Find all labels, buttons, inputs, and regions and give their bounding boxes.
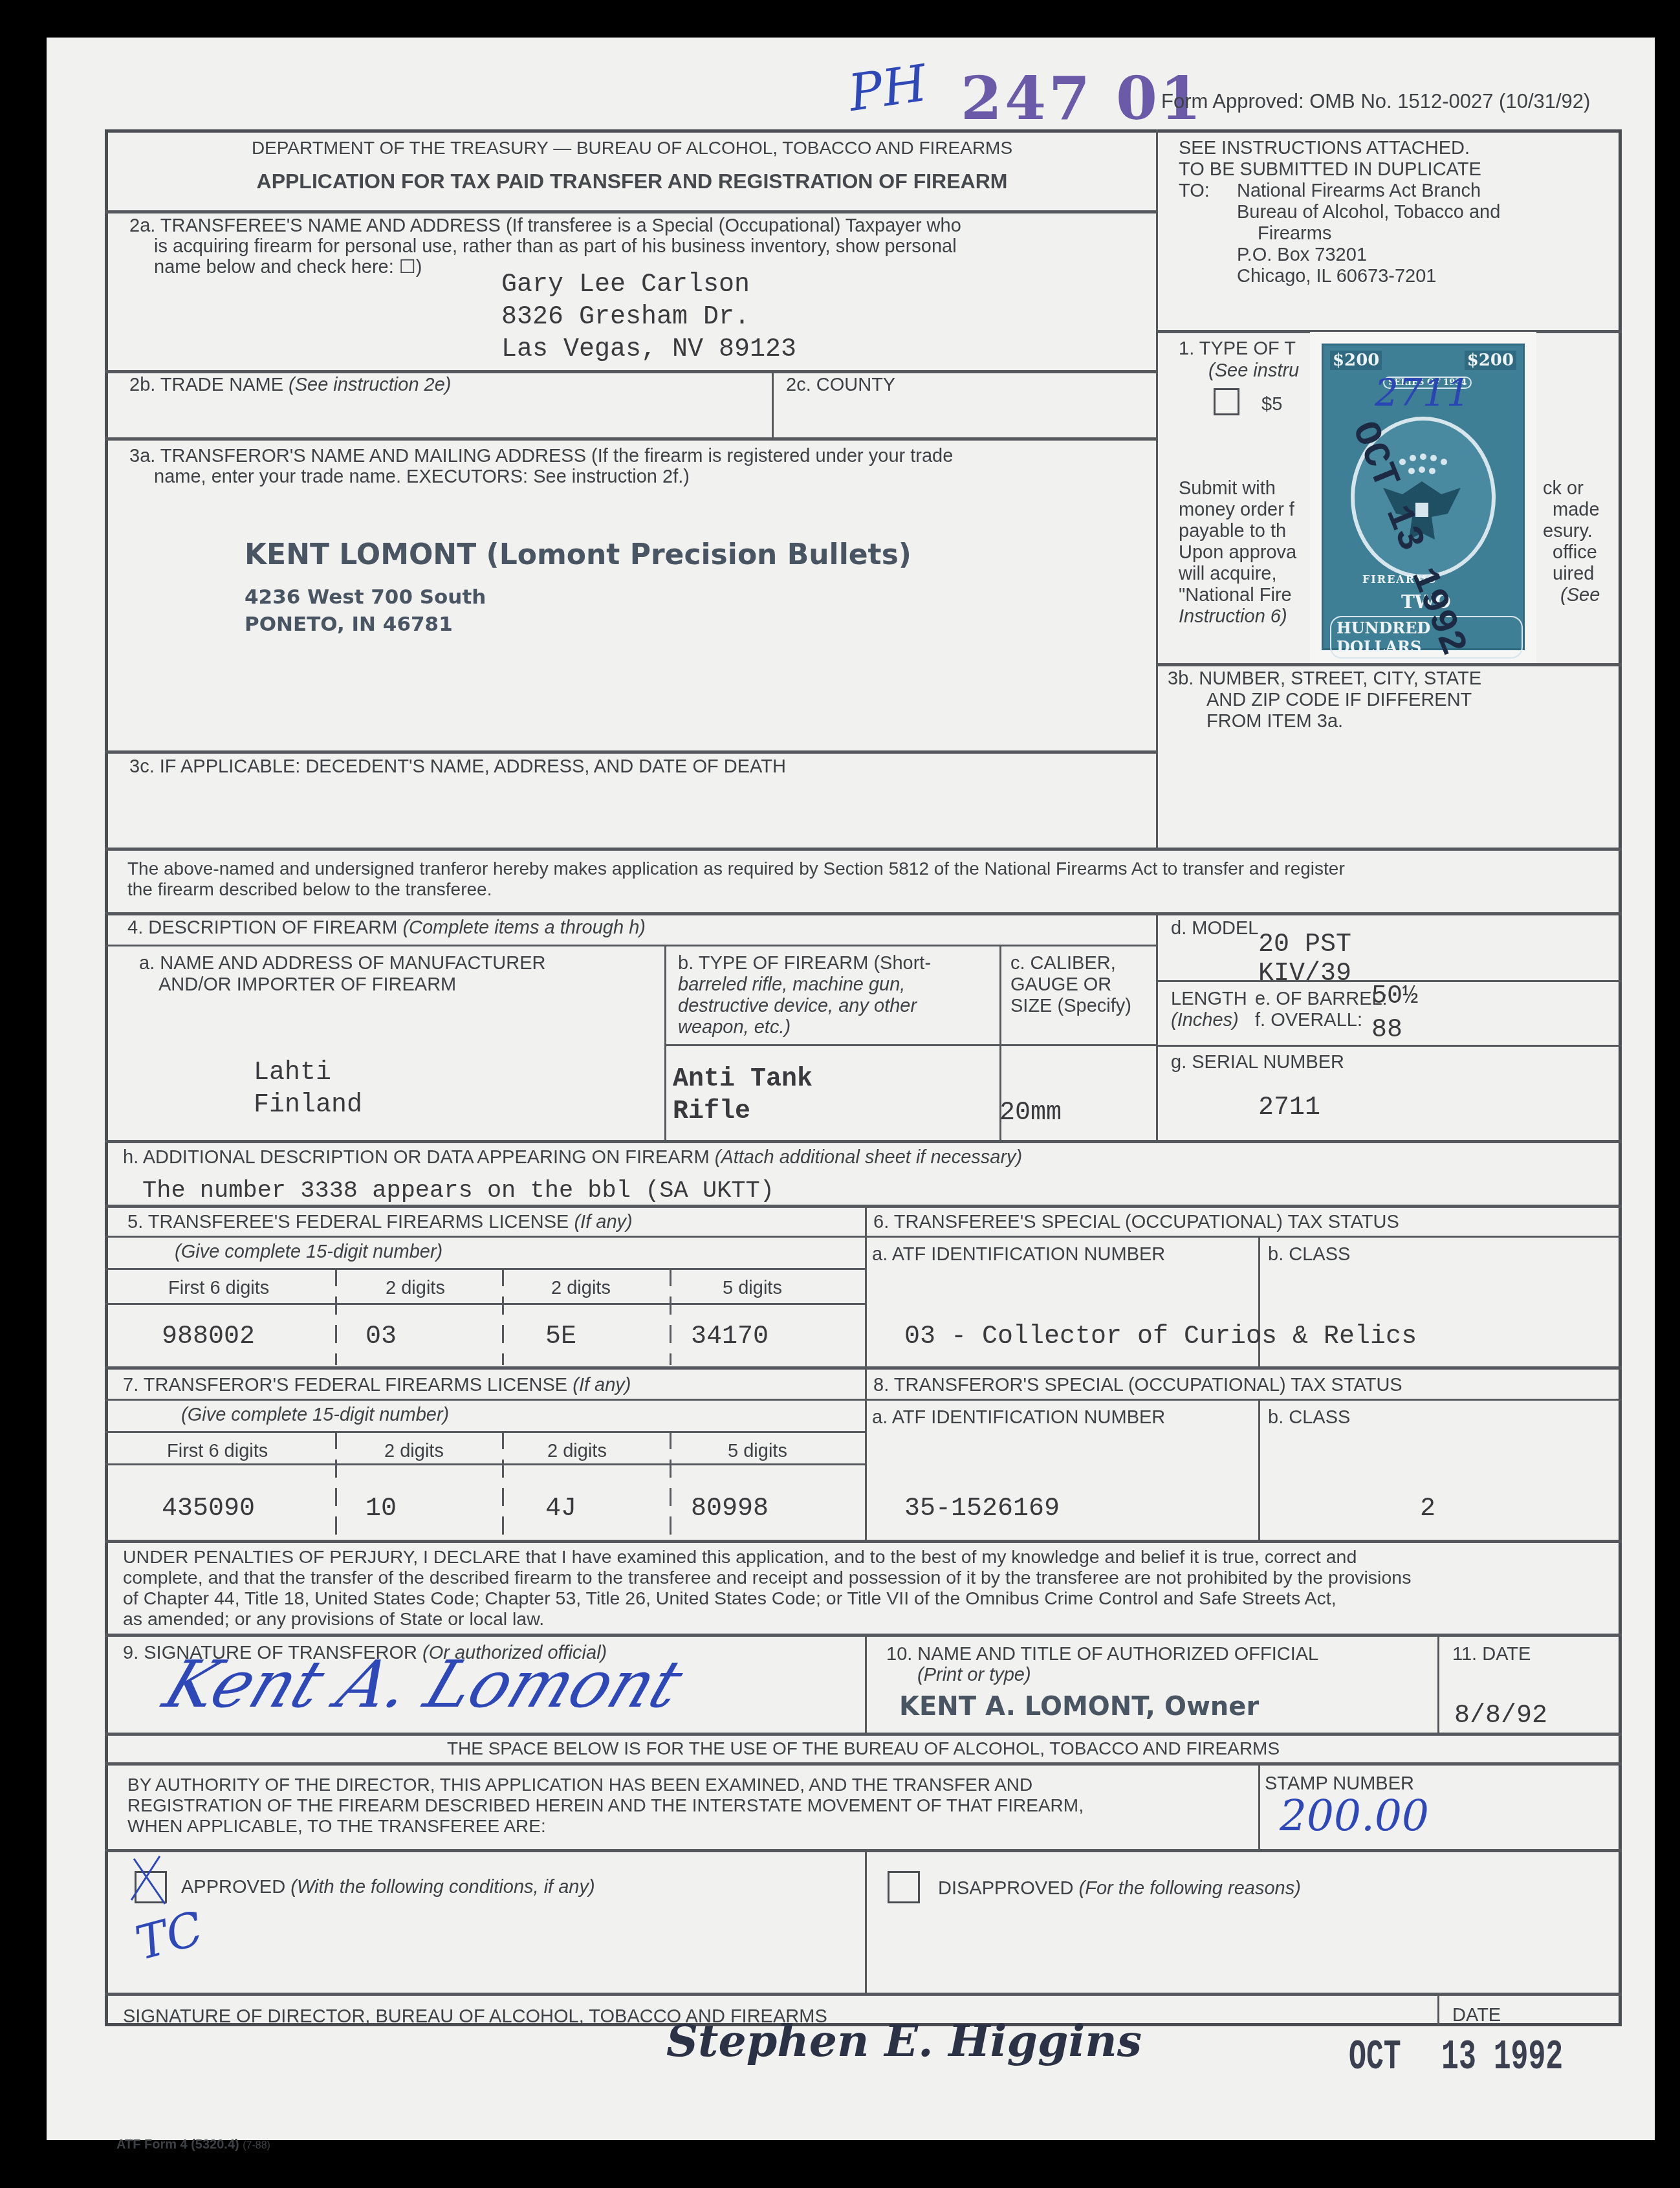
approved-checkbox[interactable] xyxy=(135,1871,167,1903)
divider xyxy=(1258,1764,1260,1850)
item3a-label: 3a. TRANSFEROR'S NAME AND MAILING ADDRES… xyxy=(129,445,953,467)
transferee-ffl-part[interactable]: 34170 xyxy=(691,1322,769,1351)
divider xyxy=(105,1762,1622,1766)
application-statement: the firearm described below to the trans… xyxy=(127,879,492,901)
divider xyxy=(105,1140,1622,1143)
item4c-label: GAUGE OR xyxy=(1010,974,1111,996)
serial-number[interactable]: 2711 xyxy=(1258,1093,1320,1122)
overall-length[interactable]: 88 xyxy=(1371,1016,1402,1045)
divider xyxy=(1156,663,1622,666)
submit-text: "National Fire xyxy=(1179,584,1292,606)
divider xyxy=(1156,1045,1622,1047)
perjury-declaration: as amended; or any provisions of State o… xyxy=(123,1608,544,1630)
item2a-label: name below and check here: ☐) xyxy=(154,256,422,278)
divider xyxy=(105,437,1157,441)
check-x-icon xyxy=(131,1859,164,1904)
approval-date-value: 13 1992 xyxy=(1441,2035,1563,2081)
transferor-name[interactable]: KENT LOMONT (Lomont Precision Bullets) xyxy=(245,538,911,571)
submit-text: Submit with xyxy=(1179,477,1276,499)
divider xyxy=(502,1431,504,1540)
divider xyxy=(105,1540,1622,1543)
item4-label: 4. DESCRIPTION OF FIREARM (Complete item… xyxy=(127,917,646,939)
overall-length-label: f. OVERALL: xyxy=(1255,1009,1362,1031)
authority-text: REGISTRATION OF THE FIREARM DESCRIBED HE… xyxy=(127,1795,1084,1817)
transferee-ffl-part[interactable]: 988002 xyxy=(162,1322,255,1351)
serial-number-label: g. SERIAL NUMBER xyxy=(1171,1051,1344,1073)
item3b-label: 3b. NUMBER, STREET, CITY, STATE xyxy=(1168,668,1481,690)
item6b-label: b. CLASS xyxy=(1268,1243,1350,1265)
nfa-branch-address: National Firearms Act Branch xyxy=(1237,180,1481,202)
item5-label: 5. TRANSFEREE'S FEDERAL FIREARMS LICENSE… xyxy=(127,1211,633,1233)
item6-label: 6. TRANSFEREE'S SPECIAL (OCCUPATIONAL) T… xyxy=(873,1211,1399,1233)
approved-label: APPROVED (With the following conditions,… xyxy=(181,1876,595,1898)
submit-text: Instruction 6) xyxy=(1179,606,1287,628)
divider xyxy=(865,1850,867,1993)
perjury-declaration: of Chapter 44, Title 18, United States C… xyxy=(123,1588,1336,1610)
submit-text: ck or xyxy=(1543,477,1584,499)
caliber[interactable]: 20mm xyxy=(999,1099,1062,1128)
omb-approval: Form Approved: OMB No. 1512-0027 (10/31/… xyxy=(1161,91,1590,113)
nfa-branch-address: Bureau of Alcohol, Tobacco and xyxy=(1237,201,1500,223)
transferee-street[interactable]: 8326 Gresham Dr. xyxy=(501,303,750,332)
divider xyxy=(105,1463,865,1465)
stamp-handwritten-serial: 2711 xyxy=(1375,371,1470,415)
nfa-branch-address: Chicago, IL 60673-7201 xyxy=(1237,265,1437,287)
disapproved-checkbox[interactable] xyxy=(888,1871,920,1903)
director-signature: Stephen E. Higgins xyxy=(666,2015,1142,2067)
divider xyxy=(664,1044,1156,1046)
transferee-tax-class[interactable]: 03 - Collector of Curios & Relics xyxy=(904,1322,1417,1351)
transferor-street[interactable]: 4236 West 700 South xyxy=(245,585,486,609)
divider xyxy=(105,1205,1622,1208)
item7-label: 7. TRANSFEROR'S FEDERAL FIREARMS LICENSE… xyxy=(123,1374,631,1396)
transferor-atf-id[interactable]: 35-1526169 xyxy=(904,1494,1060,1524)
perjury-declaration: complete, and that the transfer of the d… xyxy=(123,1567,1411,1589)
divider xyxy=(865,1635,867,1734)
divider xyxy=(105,1849,1622,1852)
divider xyxy=(664,945,666,1140)
item3c-label: 3c. IF APPLICABLE: DECEDENT'S NAME, ADDR… xyxy=(129,756,786,778)
model[interactable]: 20 PST xyxy=(1258,930,1351,959)
ffl-column-header: 5 digits xyxy=(728,1440,787,1462)
form-title: APPLICATION FOR TAX PAID TRANSFER AND RE… xyxy=(108,170,1156,192)
item3b-label: FROM ITEM 3a. xyxy=(1206,710,1343,732)
divider xyxy=(865,1205,867,1541)
submit-text: (See xyxy=(1560,584,1600,606)
transfer-date[interactable]: 8/8/92 xyxy=(1454,1701,1547,1731)
item8b-label: b. CLASS xyxy=(1268,1406,1350,1428)
divider xyxy=(1258,1400,1260,1540)
divider xyxy=(670,1268,671,1365)
nfa-branch-address: P.O. Box 73201 xyxy=(1237,244,1367,266)
nfa-tax-stamp: $200 $200 SERIES OF 1934 FIREARMS TWO HU… xyxy=(1310,332,1536,663)
submit-text: office xyxy=(1553,542,1597,563)
perjury-declaration: UNDER PENALTIES OF PERJURY, I DECLARE th… xyxy=(123,1546,1357,1568)
approval-date-month: OCT xyxy=(1349,2035,1401,2081)
item1-label: 1. TYPE OF T xyxy=(1179,338,1296,360)
item3a-label: name, enter your trade name. EXECUTORS: … xyxy=(154,466,690,488)
stamp-denomination: $200 xyxy=(1465,351,1516,370)
item3b-input[interactable] xyxy=(1164,734,1611,844)
submit-text: will acquire, xyxy=(1179,563,1277,585)
instructions-to: TO: xyxy=(1179,180,1210,202)
divider xyxy=(105,912,1622,915)
length-label: LENGTH xyxy=(1171,988,1247,1010)
item8a-label: a. ATF IDENTIFICATION NUMBER xyxy=(872,1406,1165,1428)
atf-use-banner: THE SPACE BELOW IS FOR THE USE OF THE BU… xyxy=(105,1738,1622,1760)
item2a-label: 2a. TRANSFEREE'S NAME AND ADDRESS (If tr… xyxy=(129,215,961,237)
submit-text: Upon approva xyxy=(1179,542,1296,563)
handwritten-initials: PH xyxy=(845,54,930,123)
ffl-column-header: 2 digits xyxy=(386,1277,445,1299)
item4c-label: SIZE (Specify) xyxy=(1010,995,1131,1017)
department-line: DEPARTMENT OF THE TREASURY — BUREAU OF A… xyxy=(108,137,1156,159)
ffl-column-header: 2 digits xyxy=(384,1440,444,1462)
divider xyxy=(335,1431,337,1540)
divider xyxy=(105,1236,1622,1238)
item10-hint: (Print or type) xyxy=(917,1664,1031,1686)
divider xyxy=(105,370,1157,373)
model[interactable]: KIV/39 xyxy=(1258,959,1351,989)
item11-label: 11. DATE xyxy=(1452,1643,1531,1665)
barrel-length[interactable]: 50½ xyxy=(1371,982,1418,1011)
item4a-label: a. NAME AND ADDRESS OF MANUFACTURER xyxy=(139,952,545,974)
item4a-label: AND/OR IMPORTER OF FIREARM xyxy=(158,974,456,996)
additional-description[interactable]: The number 3338 appears on the bbl (SA U… xyxy=(142,1177,774,1205)
nfa-branch-address: Firearms xyxy=(1258,223,1331,245)
divider xyxy=(105,1431,865,1433)
divider xyxy=(772,371,774,439)
instructions-line2: TO BE SUBMITTED IN DUPLICATE xyxy=(1179,159,1481,181)
item4h-label: h. ADDITIONAL DESCRIPTION OR DATA APPEAR… xyxy=(123,1146,1022,1168)
item2c-label: 2c. COUNTY xyxy=(786,374,895,396)
length-unit: (Inches) xyxy=(1171,1009,1239,1031)
divider xyxy=(670,1431,671,1540)
divider xyxy=(105,1366,1622,1370)
divider xyxy=(335,1268,337,1365)
transferee-city[interactable]: Las Vegas, NV 89123 xyxy=(501,335,796,364)
transferor-tax-class[interactable]: 2 xyxy=(1420,1494,1435,1524)
submit-text: esury. xyxy=(1543,520,1593,542)
stamp-number-value[interactable]: 200.00 xyxy=(1280,1791,1429,1841)
item4d-label: d. MODEL xyxy=(1171,917,1258,939)
firearm-type[interactable]: Rifle xyxy=(673,1097,750,1126)
item4c-label: c. CALIBER, xyxy=(1010,952,1116,974)
divider xyxy=(105,210,1157,213)
item6a-label: a. ATF IDENTIFICATION NUMBER xyxy=(872,1243,1165,1265)
item10-label: 10. NAME AND TITLE OF AUTHORIZED OFFICIA… xyxy=(886,1643,1318,1665)
ffl-column-header: 5 digits xyxy=(723,1277,782,1299)
ffl-column-header: 2 digits xyxy=(551,1277,611,1299)
divider xyxy=(105,1268,865,1270)
ffl-column-header: 2 digits xyxy=(547,1440,607,1462)
submit-text: payable to th xyxy=(1179,520,1286,542)
divider xyxy=(1156,129,1158,848)
form-id: ATF Form 4 (5320.4) (7-88) xyxy=(116,2134,270,2157)
decedent-input[interactable] xyxy=(113,783,1148,848)
item1-sublabel: (See instru xyxy=(1208,360,1299,382)
application-statement: The above-named and undersigned tranfero… xyxy=(127,858,1345,880)
item2a-label: is acquiring firearm for personal use, r… xyxy=(154,235,957,257)
stamp-denomination: $200 xyxy=(1330,351,1382,370)
transferor-ffl-part[interactable]: 435090 xyxy=(162,1494,255,1524)
tax-5-label: $5 xyxy=(1261,393,1282,415)
authority-text: BY AUTHORITY OF THE DIRECTOR, THIS APPLI… xyxy=(127,1774,1032,1796)
tax-5-checkbox[interactable] xyxy=(1214,388,1239,415)
transferee-name[interactable]: Gary Lee Carlson xyxy=(501,270,750,300)
divider xyxy=(105,1993,1622,1996)
transferor-signature[interactable]: Kent A. Lomont xyxy=(155,1646,693,1722)
ffl-column-header: First 6 digits xyxy=(167,1440,268,1462)
item4b-label: destructive device, any other xyxy=(678,995,917,1017)
instructions-line1: SEE INSTRUCTIONS ATTACHED. xyxy=(1179,137,1470,159)
manufacturer-name[interactable]: Lahti xyxy=(254,1058,331,1088)
barrel-length-label: e. OF BARREL: xyxy=(1255,988,1388,1010)
item4b-label: b. TYPE OF FIREARM (Short- xyxy=(678,952,931,974)
divider xyxy=(1156,913,1158,1140)
transferor-ffl-part[interactable]: 10 xyxy=(365,1494,397,1524)
divider xyxy=(105,1399,1622,1401)
divider xyxy=(105,1634,1622,1637)
manufacturer-country[interactable]: Finland xyxy=(254,1091,362,1120)
ffl-column-header: First 6 digits xyxy=(168,1277,269,1299)
transferor-ffl-part[interactable]: 4J xyxy=(545,1494,576,1524)
county-input[interactable] xyxy=(780,401,1151,433)
submit-text: uired xyxy=(1553,563,1595,585)
authority-text: WHEN APPLICABLE, TO THE TRANSFEREE ARE: xyxy=(127,1815,546,1837)
disapproved-label: DISAPPROVED (For the following reasons) xyxy=(938,1877,1301,1899)
divider xyxy=(105,1733,1622,1736)
firearm-type[interactable]: Anti Tank xyxy=(673,1065,813,1094)
transferee-ffl-part[interactable]: 03 xyxy=(365,1322,397,1351)
transferor-city[interactable]: PONETO, IN 46781 xyxy=(245,613,453,636)
divider xyxy=(1437,1635,1439,1734)
item2b-label: 2b. TRADE NAME (See instruction 2e) xyxy=(129,374,452,396)
item4b-label: weapon, etc.) xyxy=(678,1016,791,1038)
divider xyxy=(105,750,1157,754)
item4b-label: barreled rifle, machine gun, xyxy=(678,974,905,996)
approval-date-label: DATE xyxy=(1452,2004,1501,2026)
divider xyxy=(105,1303,865,1305)
submit-text: money order f xyxy=(1179,499,1294,521)
divider xyxy=(502,1268,504,1365)
authorized-official-name[interactable]: KENT A. LOMONT, Owner xyxy=(899,1692,1259,1722)
transferee-ffl-part[interactable]: 5E xyxy=(545,1322,576,1351)
item3b-label: AND ZIP CODE IF DIFFERENT xyxy=(1206,689,1472,711)
trade-name-input[interactable] xyxy=(113,401,767,433)
item8-label: 8. TRANSFEROR'S SPECIAL (OCCUPATIONAL) T… xyxy=(873,1374,1402,1396)
divider xyxy=(1437,1994,1439,2025)
transferor-ffl-part[interactable]: 80998 xyxy=(691,1494,769,1524)
divider xyxy=(105,848,1622,851)
item7-sublabel: (Give complete 15-digit number) xyxy=(181,1404,449,1426)
item5-sublabel: (Give complete 15-digit number) xyxy=(175,1241,442,1263)
submit-text: made xyxy=(1553,499,1600,521)
